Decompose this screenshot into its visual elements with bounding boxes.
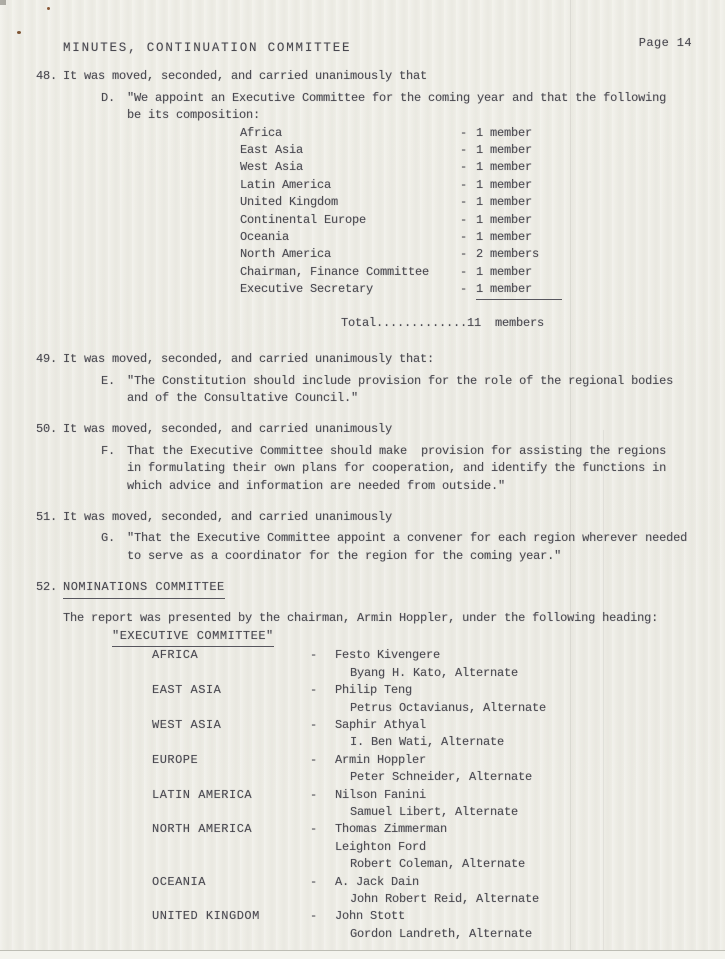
composition-row: West Asia-1 member — [240, 159, 695, 176]
composition-row: United Kingdom-1 member — [240, 194, 695, 211]
clause-letter: G. — [101, 530, 115, 547]
clause-text: "That the Executive Committee appoint a … — [127, 530, 695, 565]
nomination-region: EAST ASIA — [152, 682, 310, 717]
text-line: and of the Consultative Council." — [127, 390, 695, 407]
composition-region: North America — [240, 246, 460, 263]
composition-dash: - — [460, 194, 476, 211]
text-line: to serve as a coordinator for the region… — [127, 548, 695, 565]
page-header: MINUTES, CONTINUATION COMMITTEE Page 14 — [63, 40, 695, 57]
nomination-names: Thomas ZimmermanLeighton FordRobert Cole… — [335, 821, 695, 873]
item-intro: It was moved, seconded, and carried unan… — [63, 68, 695, 85]
clause-f: F. That the Executive Committee should m… — [63, 443, 695, 495]
composition-dash: - — [460, 281, 476, 299]
nomination-name: Nilson Fanini — [335, 787, 695, 804]
nomination-region: OCEANIA — [152, 874, 310, 909]
composition-count: 1 member — [476, 229, 532, 246]
nomination-dash: - — [310, 874, 335, 909]
item-number: 49. — [36, 351, 57, 368]
nomination-name: Saphir Athyal — [335, 717, 695, 734]
composition-row: East Asia-1 member — [240, 142, 695, 159]
page-title: MINUTES, CONTINUATION COMMITTEE — [63, 40, 351, 57]
nomination-region: AFRICA — [152, 647, 310, 682]
nomination-dash: - — [310, 908, 335, 943]
composition-count: 1 member — [476, 177, 532, 194]
composition-region: Africa — [240, 125, 460, 142]
nomination-name: John Stott — [335, 908, 695, 925]
nomination-alternate: Samuel Libert, Alternate — [335, 804, 695, 821]
text-line: be its composition: — [127, 107, 695, 124]
nomination-name: A. Jack Dain — [335, 874, 695, 891]
nominations-list: AFRICA-Festo KivengereByang H. Kato, Alt… — [152, 647, 695, 943]
clause-letter: E. — [101, 373, 115, 390]
nomination-names: Nilson FaniniSamuel Libert, Alternate — [335, 787, 695, 822]
composition-row: Continental Europe-1 member — [240, 212, 695, 229]
text-line: in formulating their own plans for coope… — [127, 460, 695, 477]
composition-region: Executive Secretary — [240, 281, 460, 299]
nomination-names: Saphir AthyalI. Ben Wati, Alternate — [335, 717, 695, 752]
nomination-row: EAST ASIA-Philip TengPetrus Octavianus, … — [152, 682, 695, 717]
composition-dash: - — [460, 142, 476, 159]
item-number: 51. — [36, 509, 57, 526]
composition-region: West Asia — [240, 159, 460, 176]
page-bottom-edge — [0, 950, 725, 959]
nomination-dash: - — [310, 647, 335, 682]
item-intro: It was moved, seconded, and carried unan… — [63, 351, 695, 368]
composition-count: 1 member — [476, 212, 532, 229]
composition-dash: - — [460, 229, 476, 246]
nomination-dash: - — [310, 752, 335, 787]
composition-dash: - — [460, 125, 476, 142]
nomination-name: Festo Kivengere — [335, 647, 695, 664]
nomination-dash: - — [310, 717, 335, 752]
nomination-names: Armin HopplerPeter Schneider, Alternate — [335, 752, 695, 787]
clause-text: "We appoint an Executive Committee for t… — [127, 90, 695, 125]
item-number: 50. — [36, 421, 57, 438]
nomination-region: UNITED KINGDOM — [152, 908, 310, 943]
composition-dash: - — [460, 177, 476, 194]
nomination-names: A. Jack DainJohn Robert Reid, Alternate — [335, 874, 695, 909]
item-intro: It was moved, seconded, and carried unan… — [63, 421, 695, 438]
nomination-alternate: Robert Coleman, Alternate — [335, 856, 695, 873]
nomination-dash: - — [310, 682, 335, 717]
page-content: MINUTES, CONTINUATION COMMITTEE Page 14 … — [0, 0, 725, 943]
nomination-alternate: John Robert Reid, Alternate — [335, 891, 695, 908]
composition-count: 1 member — [476, 264, 532, 281]
composition-count: 1 member — [476, 125, 532, 142]
nomination-names: Festo KivengereByang H. Kato, Alternate — [335, 647, 695, 682]
text-line: which advice and information are needed … — [127, 478, 695, 495]
nomination-names: Philip TengPetrus Octavianus, Alternate — [335, 682, 695, 717]
nomination-region: LATIN AMERICA — [152, 787, 310, 822]
composition-dash: - — [460, 159, 476, 176]
clause-g: G. "That the Executive Committee appoint… — [63, 530, 695, 565]
composition-dash: - — [460, 246, 476, 263]
composition-region: Oceania — [240, 229, 460, 246]
executive-committee-subheading: "EXECUTIVE COMMITTEE" — [112, 628, 274, 647]
composition-count: 1 member — [476, 281, 562, 299]
composition-count: 1 member — [476, 194, 532, 211]
report-line: The report was presented by the chairman… — [63, 610, 695, 627]
composition-row: North America-2 members — [240, 246, 695, 263]
nomination-row: NORTH AMERICA-Thomas ZimmermanLeighton F… — [152, 821, 695, 873]
minute-item-52: 52. NOMINATIONS COMMITTEE The report was… — [63, 579, 695, 943]
nomination-row: LATIN AMERICA-Nilson FaniniSamuel Libert… — [152, 787, 695, 822]
nomination-alternate: Byang H. Kato, Alternate — [335, 665, 695, 682]
text-line: "The Constitution should include provisi… — [127, 373, 695, 390]
nomination-dash: - — [310, 787, 335, 822]
nomination-row: EUROPE-Armin HopplerPeter Schneider, Alt… — [152, 752, 695, 787]
nomination-name: Philip Teng — [335, 682, 695, 699]
composition-row: Chairman, Finance Committee-1 member — [240, 264, 695, 281]
clause-e: E. "The Constitution should include prov… — [63, 373, 695, 408]
clause-letter: D. — [101, 90, 115, 107]
composition-region: East Asia — [240, 142, 460, 159]
minute-item-49: 49. It was moved, seconded, and carried … — [63, 351, 695, 407]
composition-dash: - — [460, 264, 476, 281]
nomination-names: John StottGordon Landreth, Alternate — [335, 908, 695, 943]
composition-region: United Kingdom — [240, 194, 460, 211]
composition-region: Continental Europe — [240, 212, 460, 229]
composition-count: 1 member — [476, 159, 532, 176]
item-number: 52. — [36, 579, 57, 596]
minute-item-51: 51. It was moved, seconded, and carried … — [63, 509, 695, 565]
composition-list: Africa-1 memberEast Asia-1 memberWest As… — [240, 125, 695, 300]
nomination-dash: - — [310, 821, 335, 873]
composition-region: Chairman, Finance Committee — [240, 264, 460, 281]
subheading-row: "EXECUTIVE COMMITTEE" — [112, 628, 695, 647]
clause-text: "The Constitution should include provisi… — [127, 373, 695, 408]
item-intro: It was moved, seconded, and carried unan… — [63, 509, 695, 526]
composition-row: Oceania-1 member — [240, 229, 695, 246]
section-heading: NOMINATIONS COMMITTEE — [63, 579, 225, 598]
composition-row: Executive Secretary-1 member — [240, 281, 695, 299]
minute-item-50: 50. It was moved, seconded, and carried … — [63, 421, 695, 495]
nomination-row: AFRICA-Festo KivengereByang H. Kato, Alt… — [152, 647, 695, 682]
composition-region: Latin America — [240, 177, 460, 194]
composition-row: Africa-1 member — [240, 125, 695, 142]
document-page: MINUTES, CONTINUATION COMMITTEE Page 14 … — [0, 0, 725, 959]
text-line: "That the Executive Committee appoint a … — [127, 530, 695, 547]
nomination-row: OCEANIA-A. Jack DainJohn Robert Reid, Al… — [152, 874, 695, 909]
text-line: "We appoint an Executive Committee for t… — [127, 90, 695, 107]
clause-d: D. "We appoint an Executive Committee fo… — [63, 90, 695, 125]
nomination-alternate: Petrus Octavianus, Alternate — [335, 700, 695, 717]
nomination-alternate: I. Ben Wati, Alternate — [335, 734, 695, 751]
composition-count: 1 member — [476, 142, 532, 159]
item-number: 48. — [36, 68, 57, 85]
clause-text: That the Executive Committee should make… — [127, 443, 695, 495]
page-number: Page 14 — [639, 35, 692, 52]
nomination-name: Armin Hoppler — [335, 752, 695, 769]
clause-letter: F. — [101, 443, 115, 460]
composition-count: 2 members — [476, 246, 539, 263]
nomination-row: WEST ASIA-Saphir AthyalI. Ben Wati, Alte… — [152, 717, 695, 752]
nomination-name: Thomas Zimmerman — [335, 821, 695, 838]
nomination-region: EUROPE — [152, 752, 310, 787]
nomination-alternate: Peter Schneider, Alternate — [335, 769, 695, 786]
minute-item-48: 48. It was moved, seconded, and carried … — [63, 68, 695, 332]
nomination-region: WEST ASIA — [152, 717, 310, 752]
nomination-region: NORTH AMERICA — [152, 821, 310, 873]
composition-row: Latin America-1 member — [240, 177, 695, 194]
nomination-alternate: Gordon Landreth, Alternate — [335, 926, 695, 943]
composition-total: Total.............11 members — [341, 315, 695, 332]
composition-dash: - — [460, 212, 476, 229]
nomination-name: Leighton Ford — [335, 839, 695, 856]
nomination-row: UNITED KINGDOM-John StottGordon Landreth… — [152, 908, 695, 943]
text-line: That the Executive Committee should make… — [127, 443, 695, 460]
